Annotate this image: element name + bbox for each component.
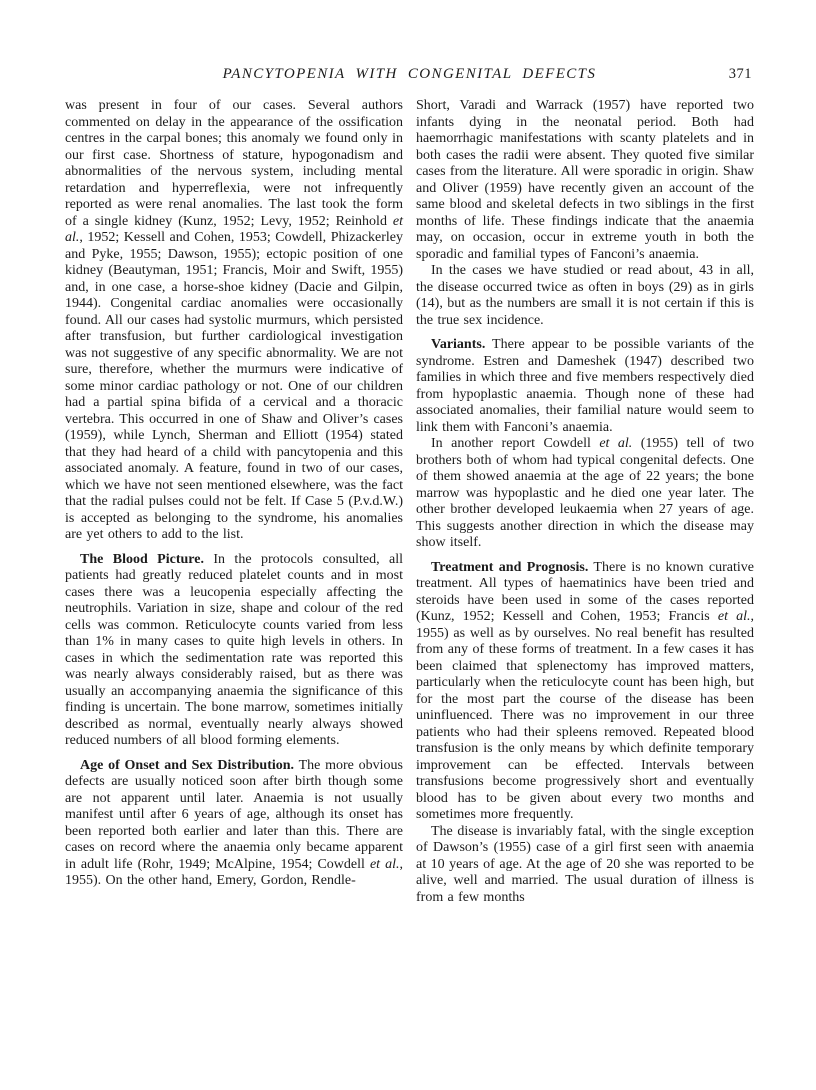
section-heading: Age of Onset and Sex Distribution. xyxy=(80,758,294,773)
page-header: PANCYTOPENIA WITH CONGENITAL DEFECTS 371 xyxy=(65,66,754,87)
text-run: was present in four of our cases. Severa… xyxy=(65,98,403,229)
running-head-title: PANCYTOPENIA WITH CONGENITAL DEFECTS xyxy=(65,66,754,83)
paragraph-anomalies-continuation: was present in four of our cases. Severa… xyxy=(65,98,403,544)
paragraph-disease-fatal: The disease is invariably fatal, with th… xyxy=(416,824,754,907)
paragraph-blood-picture: The Blood Picture. In the protocols cons… xyxy=(65,552,403,750)
page-number: 371 xyxy=(729,66,752,83)
text-run: Short, Varadi and Warrack (1957) have re… xyxy=(416,98,754,262)
text-run: , 1955) as well as by ourselves. No real… xyxy=(416,609,754,822)
section-heading: Variants. xyxy=(431,337,485,352)
left-column: was present in four of our cases. Severa… xyxy=(65,98,403,906)
paragraph-cowdell-report: In another report Cowdell et al. (1955) … xyxy=(416,436,754,552)
two-column-body: was present in four of our cases. Severa… xyxy=(65,98,754,906)
text-run: In another report Cowdell xyxy=(431,436,599,451)
text-run: (1955) tell of two brothers both of whom… xyxy=(416,436,754,550)
document-page: PANCYTOPENIA WITH CONGENITAL DEFECTS 371… xyxy=(0,0,816,1090)
right-column: Short, Varadi and Warrack (1957) have re… xyxy=(416,98,754,906)
paragraph-age-of-onset: Age of Onset and Sex Distribution. The m… xyxy=(65,758,403,890)
paragraph-short-varadi: Short, Varadi and Warrack (1957) have re… xyxy=(416,98,754,263)
italic-text-run: et al. xyxy=(718,609,751,624)
text-run: , 1952; Kessell and Cohen, 1953; Cowdell… xyxy=(65,230,403,542)
italic-text-run: et al. xyxy=(599,436,632,451)
paragraph-sex-incidence: In the cases we have studied or read abo… xyxy=(416,263,754,329)
text-run: In the protocols consulted, all patients… xyxy=(65,552,403,749)
section-heading: The Blood Picture. xyxy=(80,552,204,567)
paragraph-treatment-prognosis: Treatment and Prognosis. There is no kno… xyxy=(416,560,754,824)
text-run: In the cases we have studied or read abo… xyxy=(416,263,754,328)
section-heading: Treatment and Prognosis. xyxy=(431,560,588,575)
text-run: The disease is invariably fatal, with th… xyxy=(416,824,754,905)
paragraph-variants: Variants. There appear to be possible va… xyxy=(416,337,754,436)
text-run: The more obvious defects are usually not… xyxy=(65,758,403,872)
italic-text-run: et al. xyxy=(370,857,400,872)
